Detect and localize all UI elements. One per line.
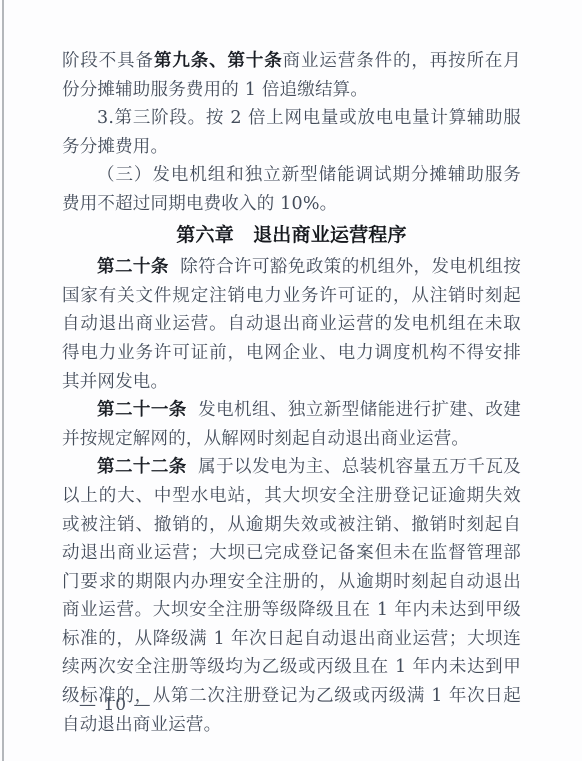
page-number: — 10 — (79, 695, 151, 715)
document-body: 阶段不具备第九条、第十条商业运营条件的，再按所在月份分摊辅助服务费用的 1 倍追… (62, 47, 521, 739)
paragraph-text: 属于以发电为主、总装机容量五万千瓦及以上的大、中型水电站，其大坝安全注册登记证逾… (62, 457, 521, 734)
scan-edge-line (2, 0, 4, 761)
paragraph-article-20: 第二十条除符合许可豁免政策的机组外，发电机组按国家有关文件规定注销电力业务许可证… (62, 253, 521, 396)
bold-article-references: 第九条、第十条 (154, 51, 283, 71)
paragraph-text: 3.第三阶段。按 2 倍上网电量或放电电量计算辅助服务分摊费用。 (62, 108, 521, 157)
article-number: 第二十二条 (97, 457, 187, 477)
paragraph-stage-three: 3.第三阶段。按 2 倍上网电量或放电电量计算辅助服务分摊费用。 (62, 104, 521, 161)
paragraph-item-three: （三）发电机组和独立新型储能调试期分摊辅助服务费用不超过同期电费收入的 10%。 (62, 161, 521, 218)
paragraph-settlement-continuation: 阶段不具备第九条、第十条商业运营条件的，再按所在月份分摊辅助服务费用的 1 倍追… (62, 47, 521, 104)
article-number: 第二十条 (97, 257, 169, 277)
paragraph-article-21: 第二十一条发电机组、独立新型储能进行扩建、改建并按规定解网的，从解网时刻起自动退… (62, 396, 521, 453)
article-number: 第二十一条 (97, 400, 187, 420)
chapter-heading: 第六章 退出商业运营程序 (62, 221, 521, 250)
document-page: 阶段不具备第九条、第十条商业运营条件的，再按所在月份分摊辅助服务费用的 1 倍追… (0, 0, 582, 761)
paragraph-text: 阶段不具备 (62, 51, 154, 71)
paragraph-text: （三）发电机组和独立新型储能调试期分摊辅助服务费用不超过同期电费收入的 10%。 (62, 165, 521, 214)
paragraph-text: 除符合许可豁免政策的机组外，发电机组按国家有关文件规定注销电力业务许可证的，从注… (62, 257, 521, 391)
